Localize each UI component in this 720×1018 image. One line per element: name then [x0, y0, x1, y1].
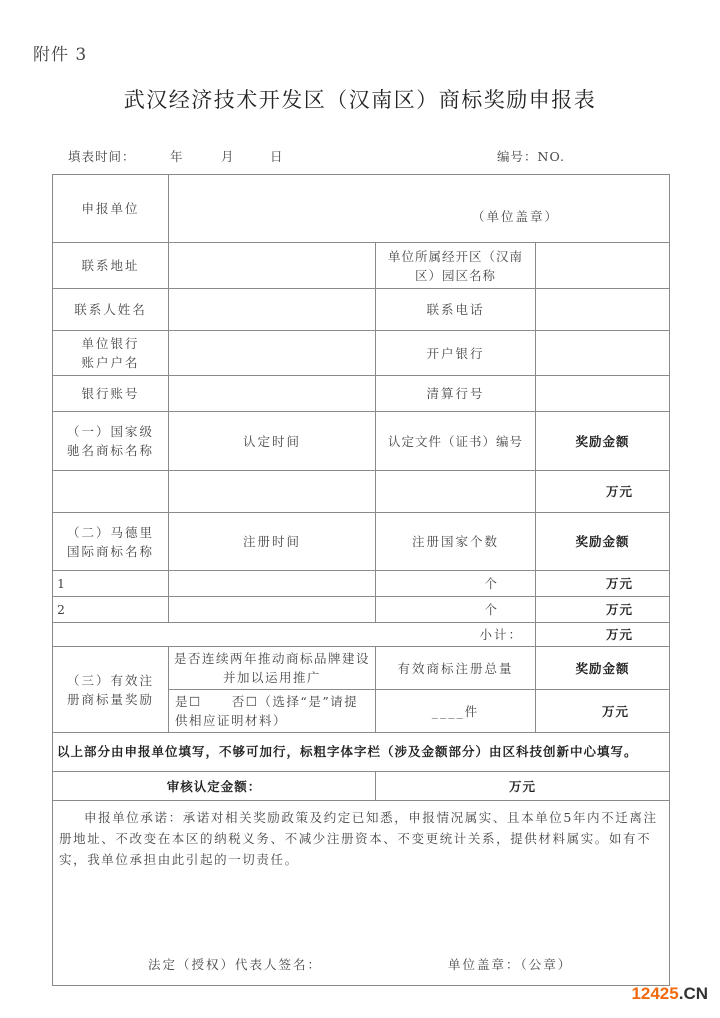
fill-date-label: 填表时间：: [68, 147, 136, 165]
section3-question: 是否连续两年推动商标品牌建设并加以运用推广: [169, 647, 376, 690]
contact-address-row: 联系地址 单位所属经开区（汉南区）园区名称: [53, 243, 670, 289]
section1-date-field[interactable]: [169, 471, 376, 513]
section1-amount-unit[interactable]: 万元: [536, 471, 670, 513]
pledge-text: 申报单位承诺：承诺对相关奖励政策及约定已知悉，申报情况属实、且本单位5年内不迁离…: [59, 807, 663, 870]
section2-reward-header: 奖励金额: [536, 513, 670, 571]
section1-certificate-header: 认定文件（证书）编号: [376, 412, 536, 471]
section3-header-row: （三）有效注册商标量奖励 是否连续两年推动商标品牌建设并加以运用推广 有效商标注…: [53, 647, 670, 690]
section1-name-label: （一）国家级驰名商标名称: [53, 412, 169, 471]
clearing-number-field[interactable]: [536, 376, 670, 412]
section1-data-row: 万元: [53, 471, 670, 513]
bank-account-number-row: 银行账号 清算行号: [53, 376, 670, 412]
section2-name-label: （二）马德里国际商标名称: [53, 513, 169, 571]
section2-subtotal-row: 小计： 万元: [53, 623, 670, 647]
section3-amount-unit[interactable]: 万元: [536, 690, 670, 733]
section1-date-header: 认定时间: [169, 412, 376, 471]
note-row: 以上部分由申报单位填写，不够可加行，标粗字体字栏（涉及金额部分）由区科技创新中心…: [53, 733, 670, 772]
audit-amount-unit[interactable]: 万元: [376, 772, 670, 801]
phone-label: 联系电话: [376, 289, 536, 331]
section2-countries-header: 注册国家个数: [376, 513, 536, 571]
audit-amount-label: 审核认定金额：: [53, 772, 376, 801]
applicant-unit-label: 申报单位: [53, 175, 169, 243]
fill-instruction-note: 以上部分由申报单位填写，不够可加行，标粗字体字栏（涉及金额部分）由区科技创新中心…: [53, 733, 670, 772]
section2-row-1-date-field[interactable]: [169, 571, 376, 597]
subtotal-label: 小计：: [53, 623, 536, 647]
section1-reward-header: 奖励金额: [536, 412, 670, 471]
bank-field[interactable]: [536, 331, 670, 376]
pledge-row: 申报单位承诺：承诺对相关奖励政策及约定已知悉，申报情况属实、且本单位5年内不迁离…: [53, 801, 670, 986]
no-checkbox[interactable]: 否☐（选择“是”请提供相应证明材料）: [175, 694, 358, 728]
application-form-table: 申报单位 （单位盖章） 联系地址 单位所属经开区（汉南区）园区名称 联系人姓名 …: [52, 174, 670, 986]
site-watermark: 12425.CN: [631, 984, 708, 1004]
section3-count-field[interactable]: ____件: [376, 690, 536, 733]
applicant-unit-row: 申报单位 （单位盖章）: [53, 175, 670, 243]
fill-date-year: 年: [170, 147, 184, 165]
contact-person-field[interactable]: [169, 289, 376, 331]
section2-row-2: 2 个 万元: [53, 597, 670, 623]
watermark-domain: .CN: [679, 984, 708, 1003]
section1-name-field[interactable]: [53, 471, 169, 513]
section2-row-1-index: 1: [53, 571, 169, 597]
section2-row-2-amount-unit[interactable]: 万元: [536, 597, 670, 623]
section3-name-label: （三）有效注册商标量奖励: [53, 647, 169, 733]
section3-total-header: 有效商标注册总量: [376, 647, 536, 690]
section1-certificate-field[interactable]: [376, 471, 536, 513]
contact-address-field[interactable]: [169, 243, 376, 289]
form-title: 武汉经济技术开发区（汉南区）商标奖励申报表: [0, 84, 720, 114]
fill-date-day: 日: [270, 147, 284, 165]
contact-address-label: 联系地址: [53, 243, 169, 289]
contact-person-row: 联系人姓名 联系电话: [53, 289, 670, 331]
fill-date-month: 月: [221, 147, 235, 165]
section2-header-row: （二）马德里国际商标名称 注册时间 注册国家个数 奖励金额: [53, 513, 670, 571]
bank-account-number-label: 银行账号: [53, 376, 169, 412]
park-name-field[interactable]: [536, 243, 670, 289]
bank-account-name-field[interactable]: [169, 331, 376, 376]
serial-number-label: 编号：NO.: [497, 147, 565, 165]
section3-options: 是☐否☐（选择“是”请提供相应证明材料）: [169, 690, 376, 733]
audit-row: 审核认定金额： 万元: [53, 772, 670, 801]
bank-account-name-row: 单位银行账户户名 开户银行: [53, 331, 670, 376]
section3-reward-header: 奖励金额: [536, 647, 670, 690]
watermark-number: 12425: [631, 984, 678, 1003]
attachment-label: 附件 3: [33, 40, 87, 65]
phone-field[interactable]: [536, 289, 670, 331]
section2-row-1: 1 个 万元: [53, 571, 670, 597]
section2-row-2-count-unit[interactable]: 个: [376, 597, 536, 623]
stamp-hint: （单位盖章）: [472, 207, 559, 226]
clearing-number-label: 清算行号: [376, 376, 536, 412]
subtotal-amount-unit[interactable]: 万元: [536, 623, 670, 647]
section1-header-row: （一）国家级驰名商标名称 认定时间 认定文件（证书）编号 奖励金额: [53, 412, 670, 471]
contact-person-label: 联系人姓名: [53, 289, 169, 331]
yes-checkbox[interactable]: 是☐: [175, 694, 202, 709]
section2-row-2-index: 2: [53, 597, 169, 623]
section2-date-header: 注册时间: [169, 513, 376, 571]
section2-row-1-amount-unit[interactable]: 万元: [536, 571, 670, 597]
section2-row-2-date-field[interactable]: [169, 597, 376, 623]
unit-seal-label: 单位盖章：（公章）: [448, 955, 572, 974]
pledge-cell: 申报单位承诺：承诺对相关奖励政策及约定已知悉，申报情况属实、且本单位5年内不迁离…: [53, 801, 670, 986]
bank-account-number-field[interactable]: [169, 376, 376, 412]
bank-label: 开户银行: [376, 331, 536, 376]
representative-signature-label: 法定（授权）代表人签名：: [148, 955, 322, 974]
section2-row-1-count-unit[interactable]: 个: [376, 571, 536, 597]
park-name-label: 单位所属经开区（汉南区）园区名称: [376, 243, 536, 289]
bank-account-name-label: 单位银行账户户名: [53, 331, 169, 376]
applicant-unit-field[interactable]: （单位盖章）: [169, 175, 670, 243]
